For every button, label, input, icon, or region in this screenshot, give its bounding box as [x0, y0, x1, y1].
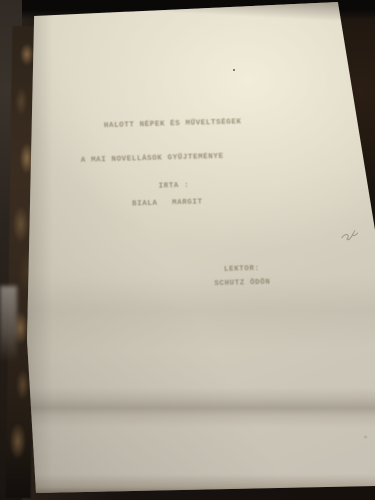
credit-label: LEKTOR:: [224, 265, 260, 274]
typewritten-text-block: HALOTT NÉPEK ÉS MŰVELTSÉGEK A MAI NOVELL…: [0, 0, 375, 500]
photo-of-manuscript: HALOTT NÉPEK ÉS MŰVELTSÉGEK A MAI NOVELL…: [0, 0, 375, 500]
title-line: HALOTT NÉPEK ÉS MŰVELTSÉGEK: [104, 118, 242, 130]
author-first-name: BIALA: [132, 200, 158, 209]
paper-speck: [364, 436, 367, 438]
author-last-name: MARGIT: [172, 198, 203, 207]
subtitle-line: A MAI NOVELLÁSOK GYŰJTEMÉNYE: [81, 153, 224, 165]
pencil-squiggle-mark: [339, 225, 362, 250]
table-light-patch: [0, 286, 17, 362]
manuscript-cover-page: HALOTT NÉPEK ÉS MŰVELTSÉGEK A MAI NOVELL…: [0, 0, 375, 500]
byline-label: IRTA :: [158, 182, 189, 191]
credit-name: SCHUTZ ÖDÖN: [214, 279, 270, 289]
ink-speck: [233, 69, 235, 71]
